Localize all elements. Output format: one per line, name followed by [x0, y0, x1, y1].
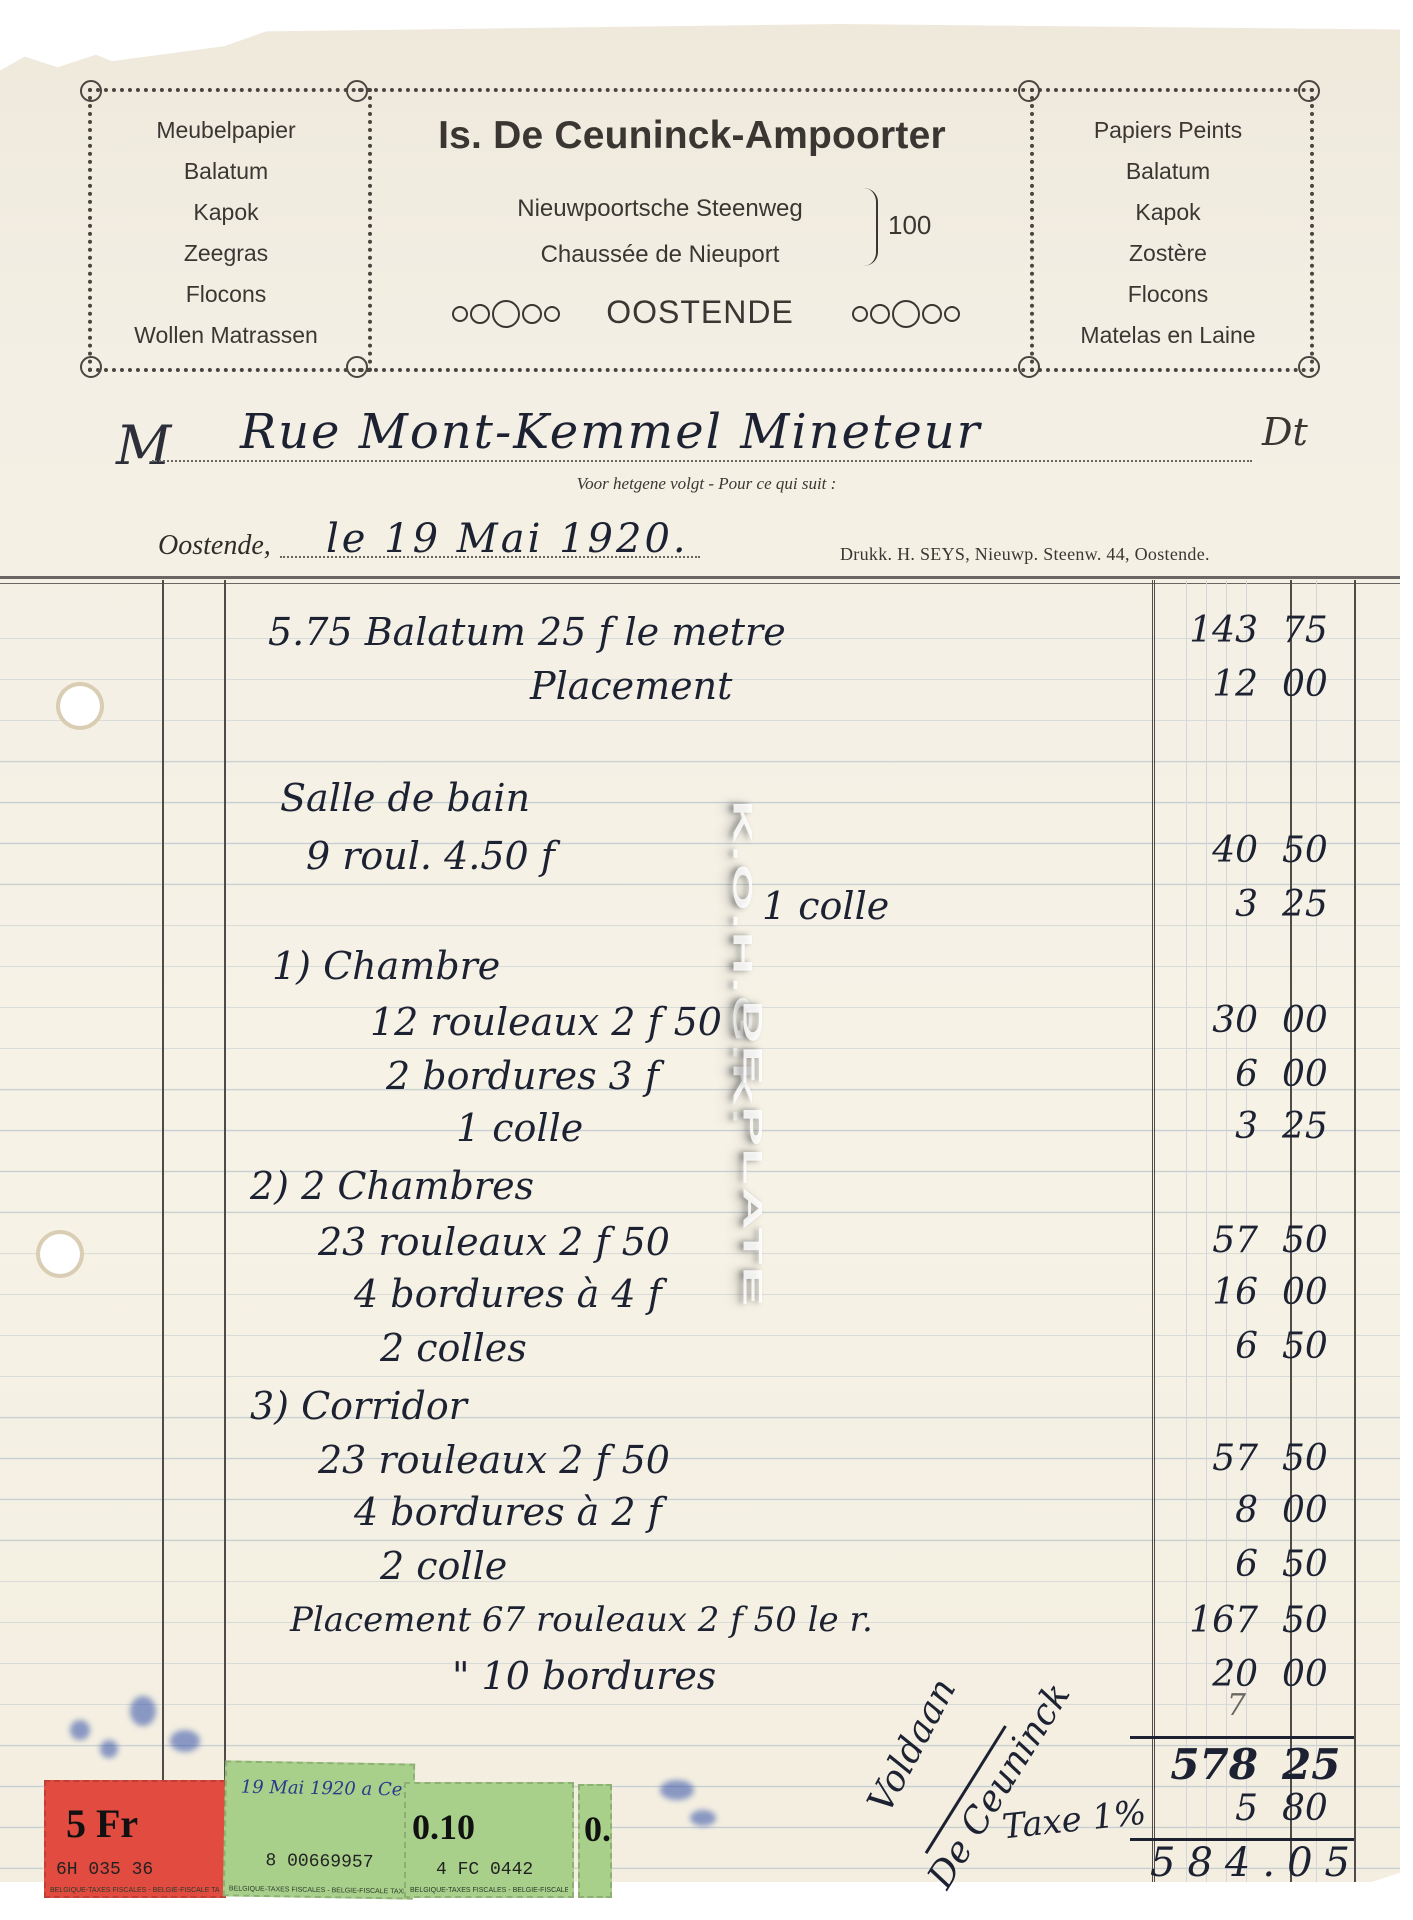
house-number: 100 [888, 210, 931, 241]
line-item-cents: 50 [1282, 1220, 1352, 1261]
product-item: Flocons [88, 274, 364, 315]
line-item-desc: Placement [530, 664, 732, 708]
line-item-desc: 12 rouleaux 2 f 50 [370, 1000, 722, 1044]
ornament-swirl-icon [346, 356, 368, 378]
product-item: Meubelpapier [88, 110, 364, 151]
line-item-francs: 57 [1148, 1220, 1258, 1261]
stamp-footer: BELGIQUE-TAXES FISCALES - BELGIE-FISCALE… [229, 1885, 407, 1895]
right-column-line [1354, 580, 1356, 1882]
ink-blot [100, 1740, 118, 1758]
line-item-desc: 9 roul. 4.50 f [306, 834, 555, 878]
line-item-francs: 6 [1148, 1326, 1258, 1367]
subtotal-rule [1130, 1736, 1354, 1739]
fiscal-stamp-green-partial: 0. [578, 1784, 612, 1898]
line-item-francs: 8 [1148, 1490, 1258, 1531]
line-item-cents: 25 [1282, 884, 1352, 925]
products-list-dutch: Meubelpapier Balatum Kapok Zeegras Floco… [88, 110, 364, 356]
product-item: Matelas en Laine [1030, 315, 1306, 356]
line-item-francs: 6 [1148, 1054, 1258, 1095]
line-item-francs: 40 [1148, 830, 1258, 871]
tax-cents: 80 [1282, 1788, 1352, 1829]
printer-imprint: Drukk. H. SEYS, Nieuwp. Steenw. 44, Oost… [840, 544, 1210, 565]
product-item: Wollen Matrassen [88, 315, 364, 356]
line-item-desc: Placement 67 rouleaux 2 f 50 le r. [290, 1600, 873, 1640]
tax-francs: 5 [1148, 1788, 1258, 1829]
line-item-francs: 3 [1148, 884, 1258, 925]
products-list-french: Papiers Peints Balatum Kapok Zostère Flo… [1030, 110, 1306, 356]
ornament-swirl-icon [1298, 80, 1320, 102]
addressee-dotted-line [152, 460, 1252, 462]
company-name: Is. De Ceuninck-Ampoorter [358, 114, 1026, 158]
stamp-value: 0.10 [412, 1806, 475, 1848]
product-item: Kapok [88, 192, 364, 233]
line-item-desc: 1 colle [456, 1106, 583, 1150]
rose-ornament-icon [452, 300, 560, 328]
company-city: OOSTENDE [580, 294, 820, 331]
subtotal-francs: 578 [1148, 1740, 1258, 1789]
line-item-desc: 23 rouleaux 2 f 50 [318, 1220, 670, 1264]
line-item-desc: 23 rouleaux 2 f 50 [318, 1438, 670, 1482]
ledger-margin-line [224, 580, 226, 1882]
line-item-desc: 1 colle [762, 884, 889, 928]
addressee-handwritten: Rue Mont-Kemmel Mineteur [240, 404, 982, 460]
watermark: DE PLATE [737, 1000, 768, 1308]
line-item-francs: 6 [1148, 1544, 1258, 1585]
stamp-footer: BELGIQUE-TAXES FISCALES - BELGIE-FISCALE… [50, 1887, 220, 1894]
line-item-francs: 143 [1148, 610, 1258, 651]
line-item-francs: 30 [1148, 1000, 1258, 1041]
line-item-cents: 00 [1282, 664, 1352, 705]
section-heading: 2) 2 Chambres [250, 1164, 534, 1208]
product-item: Zeegras [88, 233, 364, 274]
line-item-desc: 4 bordures à 4 f [354, 1272, 662, 1316]
stamp-serial: 8 00669957 [265, 1851, 373, 1873]
product-item: Balatum [88, 151, 364, 192]
stamp-footer: BELGIQUE-TAXES FISCALES - BELGIE-FISCALE… [410, 1887, 568, 1894]
ink-blot [70, 1720, 90, 1740]
fiscal-stamps: 5 Fr 6H 035 36 BELGIQUE-TAXES FISCALES -… [40, 1762, 600, 1882]
line-item-francs: 16 [1148, 1272, 1258, 1313]
line-item-cents: 50 [1282, 1326, 1352, 1367]
product-item: Flocons [1030, 274, 1306, 315]
ornament-swirl-icon [1018, 356, 1040, 378]
line-item-desc: 2 colles [380, 1326, 527, 1370]
stamp-serial: 6H 035 36 [56, 1860, 153, 1880]
ornament-swirl-icon [80, 80, 102, 102]
ink-blot [660, 1780, 694, 1800]
fiscal-stamp-green: 0.10 4 FC 0442 BELGIQUE-TAXES FISCALES -… [404, 1782, 574, 1898]
grand-total: 584.05 [1150, 1840, 1360, 1886]
fiscal-stamp-red: 5 Fr 6H 035 36 BELGIQUE-TAXES FISCALES -… [44, 1780, 226, 1898]
stamp-value: 0. [584, 1808, 611, 1850]
rose-ornament-icon [852, 300, 960, 328]
addressee-suffix: Dt [1262, 410, 1308, 454]
section-heading: Salle de bain [280, 776, 530, 820]
company-address: Nieuwpoortsche Steenweg Chaussée de Nieu… [460, 186, 860, 278]
section-heading: 1) Chambre [272, 944, 500, 988]
line-item-desc: 4 bordures à 2 f [354, 1490, 662, 1534]
ink-blot [690, 1810, 716, 1826]
stamp-value: 5 Fr [66, 1800, 138, 1847]
carry-mark: 7 [1206, 1688, 1246, 1723]
punch-hole [40, 1234, 80, 1274]
invoice-date: le 19 Mai 1920. [326, 516, 689, 562]
addressee-prefix: M [116, 414, 171, 477]
product-item: Papiers Peints [1030, 110, 1306, 151]
ledger-margin-line [162, 580, 164, 1882]
line-item-cents: 50 [1282, 1544, 1352, 1585]
line-item-desc: 2 bordures 3 f [386, 1054, 659, 1098]
section-heading: 3) Corridor [250, 1384, 467, 1428]
street-french: Chaussée de Nieuport [460, 232, 860, 278]
ornament-swirl-icon [1298, 356, 1320, 378]
line-item-cents: 50 [1282, 1438, 1352, 1479]
product-item: Kapok [1030, 192, 1306, 233]
street-dutch: Nieuwpoortsche Steenweg [460, 186, 860, 232]
ornament-swirl-icon [346, 80, 368, 102]
ledger-top-rule [0, 576, 1400, 584]
line-item-francs: 167 [1148, 1600, 1258, 1641]
punch-hole [60, 686, 100, 726]
line-item-cents: 00 [1282, 1054, 1352, 1095]
line-item-francs: 12 [1148, 664, 1258, 705]
line-item-francs: 57 [1148, 1438, 1258, 1479]
subtotal-cents: 25 [1282, 1740, 1352, 1789]
product-item: Zostère [1030, 233, 1306, 274]
place-label: Oostende, [158, 530, 271, 562]
line-item-cents: 00 [1282, 1272, 1352, 1313]
ink-blot [130, 1696, 156, 1726]
line-item-cents: 50 [1282, 1600, 1352, 1641]
line-item-cents: 25 [1282, 1106, 1352, 1147]
line-item-cents: 50 [1282, 830, 1352, 871]
line-item-cents: 00 [1282, 1654, 1352, 1695]
line-item-cents: 75 [1282, 610, 1352, 651]
line-item-francs: 3 [1148, 1106, 1258, 1147]
ornament-swirl-icon [80, 356, 102, 378]
line-item-desc: 5.75 Balatum 25 f le metre [268, 610, 786, 654]
stamp-serial: 4 FC 0442 [436, 1860, 533, 1880]
line-item-desc: " 10 bordures [452, 1654, 716, 1698]
line-item-cents: 00 [1282, 1490, 1352, 1531]
line-item-desc: 2 colle [380, 1544, 507, 1588]
line-item-cents: 00 [1282, 1000, 1352, 1041]
fiscal-stamp-green: 8 00669957 19 Mai 1920 a Ceuninck BELGIQ… [223, 1760, 415, 1899]
ink-blot [170, 1730, 200, 1752]
product-item: Balatum [1030, 151, 1306, 192]
brace-icon [862, 188, 878, 266]
subtitle: Voor hetgene volgt - Pour ce qui suit : [0, 474, 1413, 494]
ornament-swirl-icon [1018, 80, 1040, 102]
